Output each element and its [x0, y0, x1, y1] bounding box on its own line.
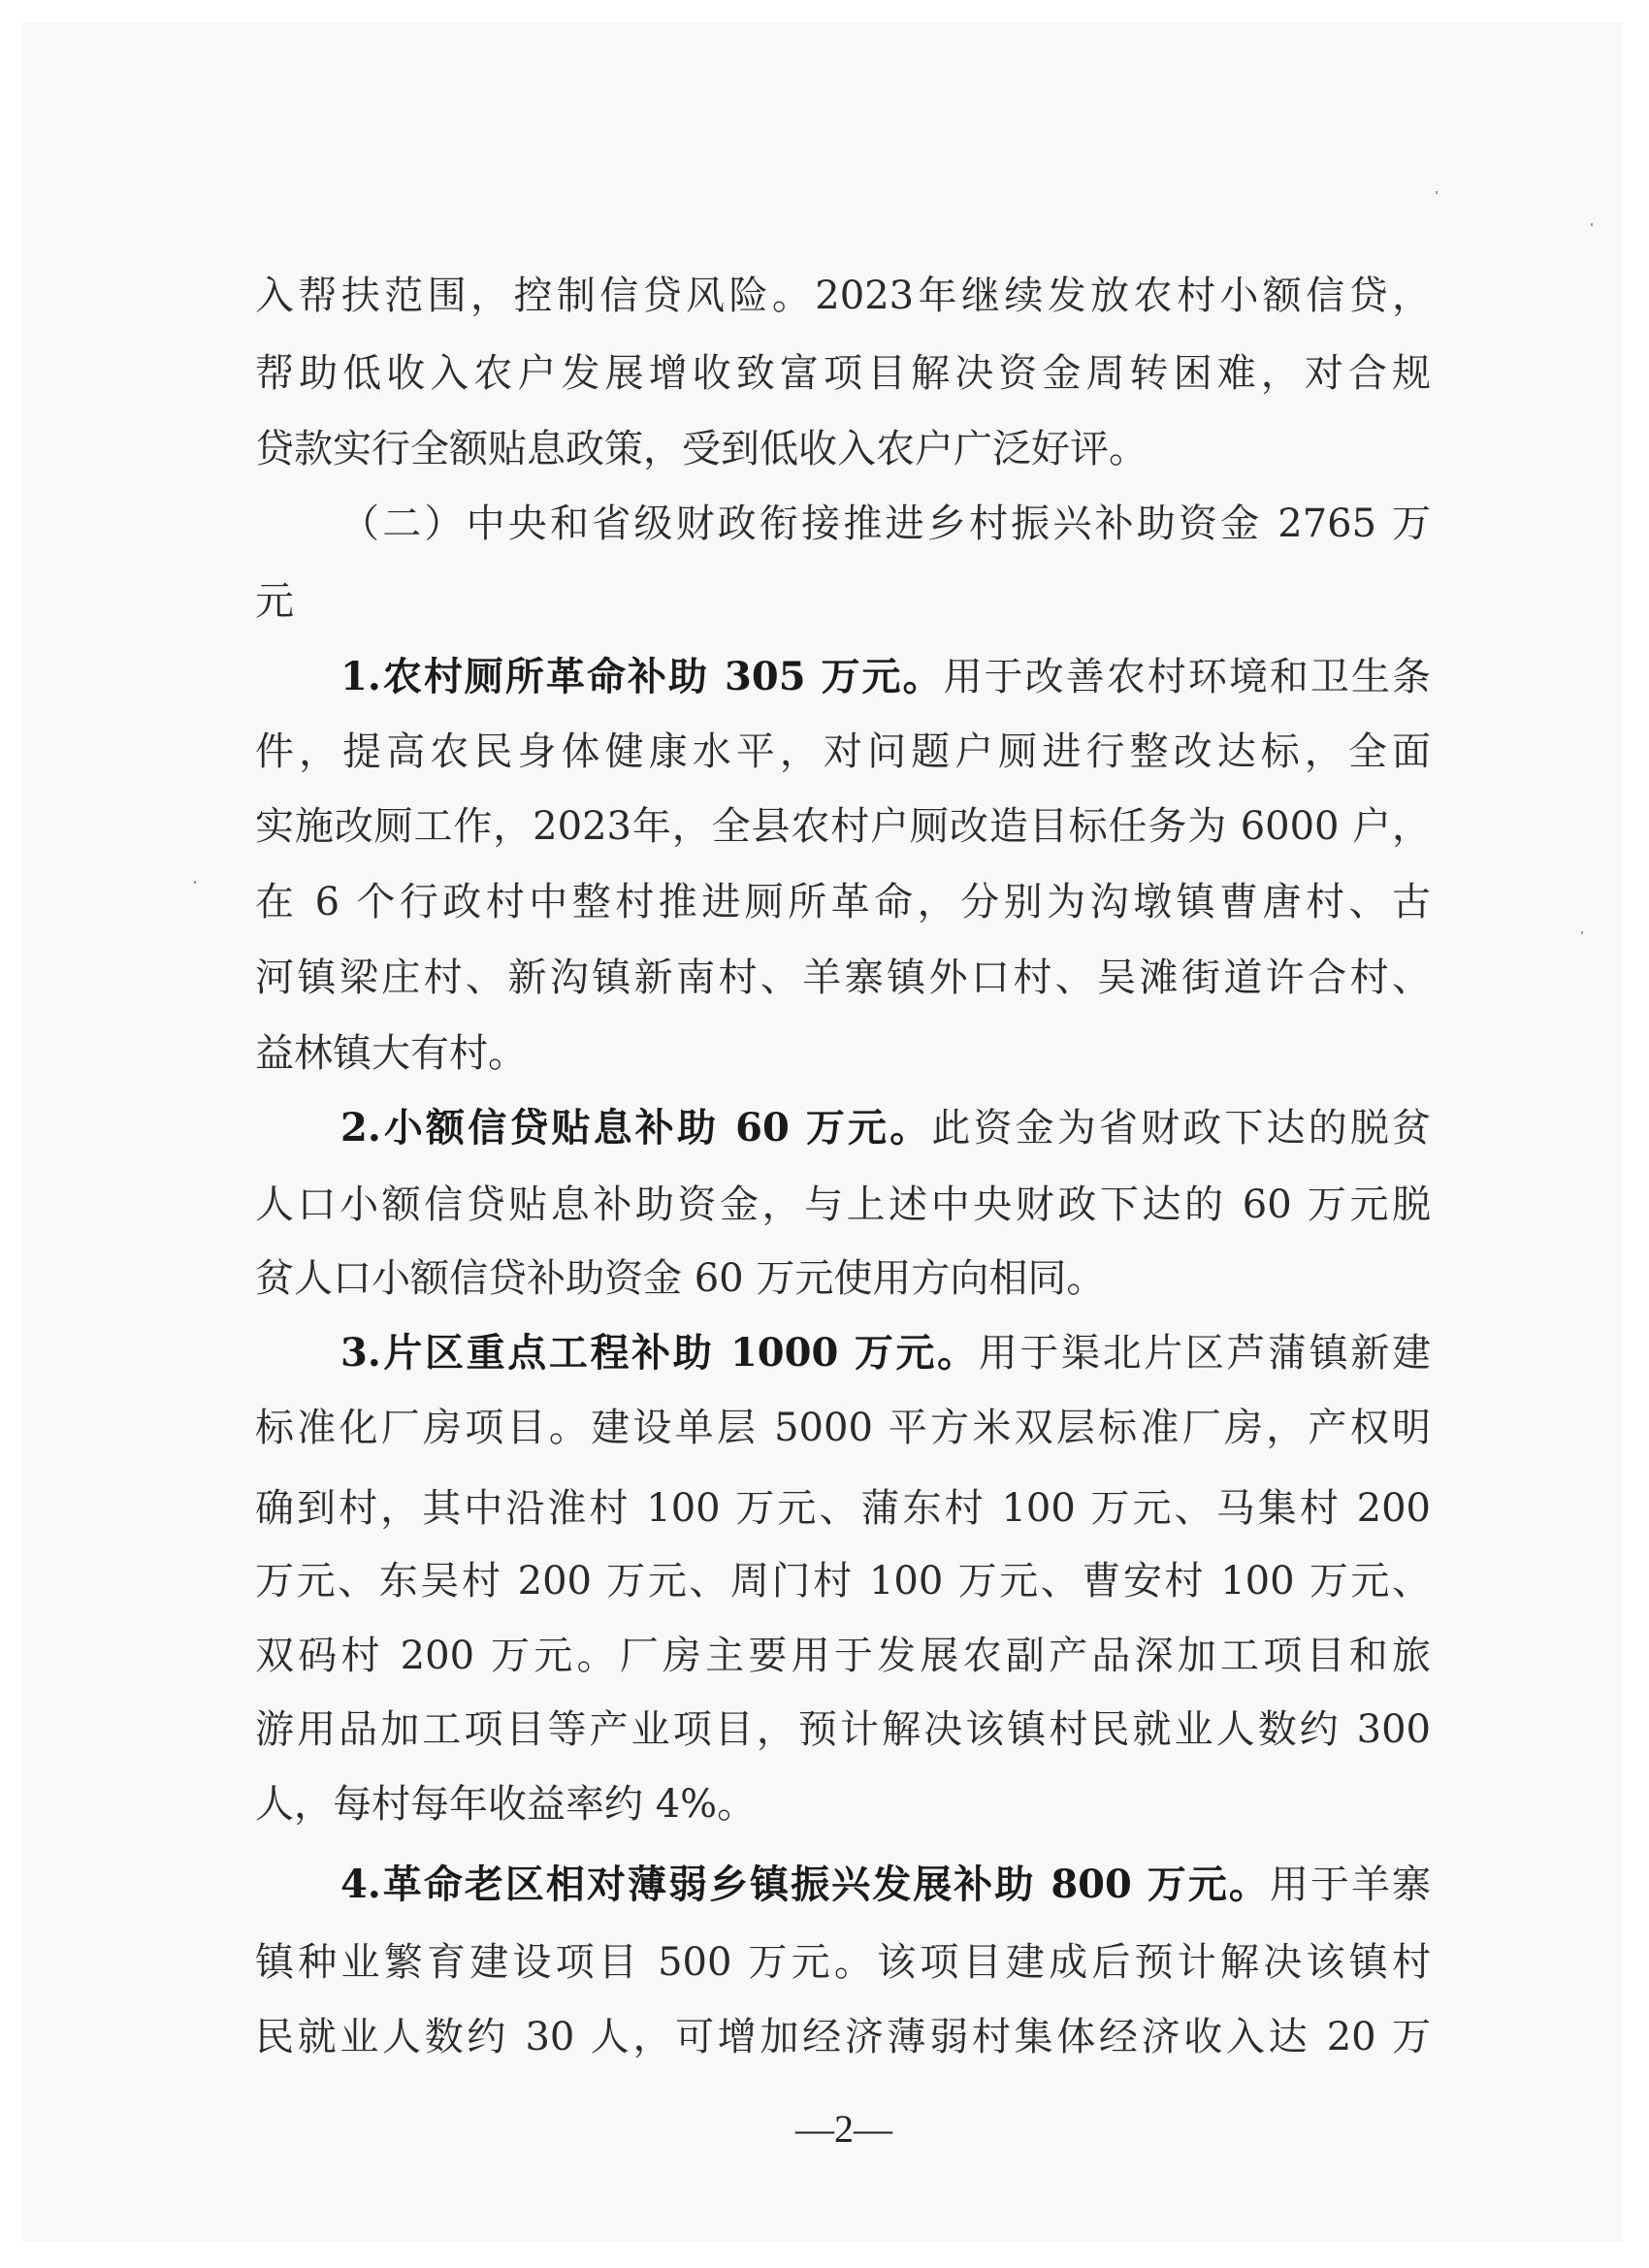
body-line: 益林镇大有村。: [255, 1024, 1431, 1083]
item-4-paragraph-start: 4.革命老区相对薄弱乡镇振兴发展补助 800 万元。用于羊寨: [340, 1856, 1431, 1914]
item-1-text: 用于改善农村环境和卫生条: [944, 655, 1431, 699]
item-4-text: 用于羊寨: [1270, 1863, 1431, 1907]
body-line: 确到村，其中沿淮村 100 万元、蒲东村 100 万元、马集村 200: [255, 1479, 1431, 1538]
body-line: 双码村 200 万元。厂房主要用于发展农副产品深加工项目和旅: [255, 1627, 1431, 1685]
scan-speck: [1581, 931, 1583, 934]
scan-speck: [1436, 191, 1438, 194]
body-line: 贷款实行全额贴息政策，受到低收入农户广泛好评。: [255, 420, 1431, 478]
section-heading: （二）中央和省级财政衔接推进乡村振兴补助资金 2765 万: [340, 495, 1431, 553]
body-line: 镇种业繁育建设项目 500 万元。该项目建成后预计解决该镇村: [255, 1933, 1431, 1992]
scan-speck: [1591, 223, 1593, 226]
body-line: 人，每村每年收益率约 4%。: [255, 1775, 1431, 1833]
body-line: 河镇梁庄村、新沟镇新南村、羊寨镇外口村、吴滩街道许合村、: [255, 949, 1431, 1007]
body-line: 贫人口小额信贷补助资金 60 万元使用方向相同。: [255, 1249, 1431, 1308]
body-line: 标准化厂房项目。建设单层 5000 平方米双层标准厂房，产权明: [255, 1399, 1431, 1457]
item-3-paragraph-start: 3.片区重点工程补助 1000 万元。用于渠北片区芦蒲镇新建: [340, 1324, 1431, 1382]
item-3-text: 用于渠北片区芦蒲镇新建: [979, 1331, 1431, 1376]
body-line: 民就业人数约 30 人，可增加经济薄弱村集体经济收入达 20 万: [255, 2008, 1431, 2066]
section-heading-continuation: 元: [255, 572, 1431, 631]
body-line: 人口小额信贷贴息补助资金，与上述中央财政下达的 60 万元脱: [255, 1176, 1431, 1234]
body-line: 件，提高农民身体健康水平，对问题户厕进行整改达标，全面: [255, 723, 1431, 781]
item-2-paragraph-start: 2.小额信贷贴息补助 60 万元。此资金为省财政下达的脱贫: [340, 1099, 1431, 1157]
body-line: 帮助低收入农户发展增收致富项目解决资金周转困难，对合规: [255, 344, 1431, 403]
scan-speck: [194, 881, 196, 884]
item-3-title: 3.片区重点工程补助 1000 万元。: [340, 1330, 979, 1376]
item-2-title: 2.小额信贷贴息补助 60 万元。: [340, 1105, 931, 1150]
page-number: —2—: [766, 2105, 921, 2154]
item-1-title: 1.农村厕所革命补助 305 万元。: [340, 654, 944, 699]
body-line: 在 6 个行政村中整村推进厕所革命，分别为沟墩镇曹唐村、古: [255, 873, 1431, 931]
body-line: 入帮扶范围，控制信贷风险。2023年继续发放农村小额信贷，: [255, 267, 1431, 325]
item-4-title: 4.革命老区相对薄弱乡镇振兴发展补助 800 万元。: [340, 1862, 1270, 1907]
item-2-text: 此资金为省财政下达的脱贫: [931, 1106, 1431, 1150]
body-line: 万元、东吴村 200 万元、周门村 100 万元、曹安村 100 万元、: [255, 1552, 1431, 1610]
body-line: 游用品加工项目等产业项目，预计解决该镇村民就业人数约 300: [255, 1701, 1431, 1759]
item-1-paragraph-start: 1.农村厕所革命补助 305 万元。用于改善农村环境和卫生条: [340, 648, 1431, 706]
body-line: 实施改厕工作，2023年，全县农村户厕改造目标任务为 6000 户，: [255, 797, 1431, 856]
